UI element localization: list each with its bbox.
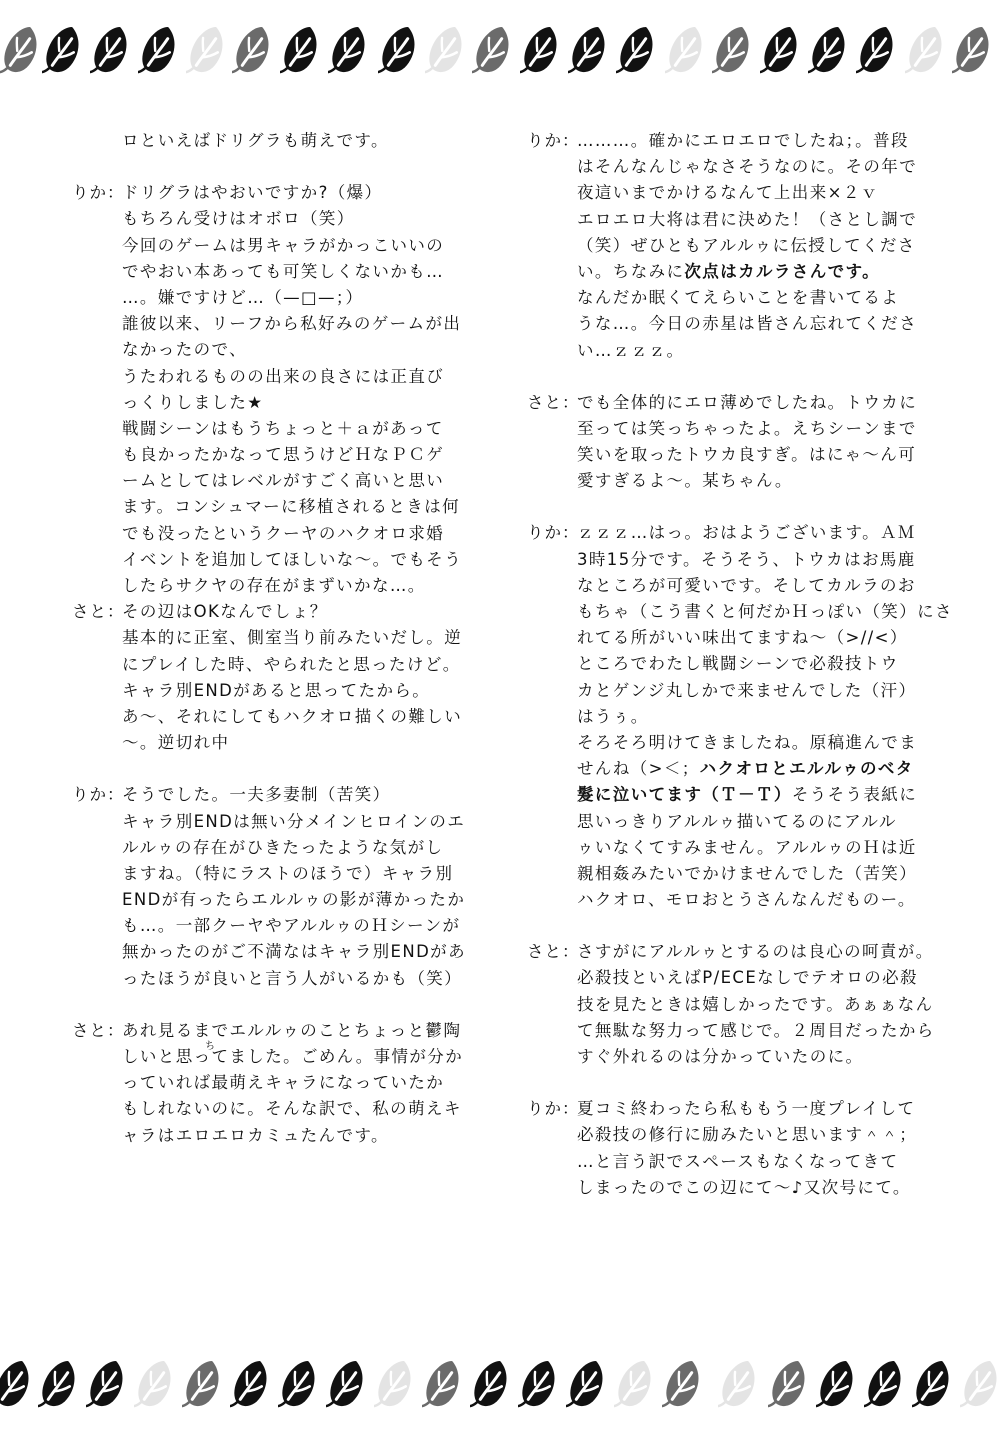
leaf-icon [134, 1356, 174, 1416]
leaf-icon [138, 22, 178, 82]
line-text: も…。一部クーヤやアルルゥのＨシーンが [122, 916, 460, 935]
dialogue-line: そうでした。一夫多妻制（苦笑） [72, 782, 472, 808]
dialogue-line: 基本的に正室、側室当り前みたいだし。逆 [72, 625, 472, 651]
leaf-icon [280, 22, 320, 82]
dialogue-line: れてる所がいい味出てますね～（>//<） [527, 625, 927, 651]
line-text: はうぅ。 [577, 707, 649, 726]
line-text: っていれば最萌えキャラになっていたか [122, 1073, 444, 1092]
line-text: 今回のゲームは男キャラがかっこいいの [122, 236, 444, 255]
leaf-icon [278, 1356, 318, 1416]
block-spacer [527, 913, 927, 939]
dialogue-line: 誰彼以来、リーフから私好みのゲームが出 [72, 311, 472, 337]
line-text: い…ｚｚｚ。 [577, 341, 684, 360]
dialogue-line: 愛すぎるよ～。某ちゃん。 [527, 468, 927, 494]
line-text: イベントを追加してほしいな～。でもそう [122, 550, 462, 569]
line-text: でも全体的にエロ薄めでしたね。トウカに [577, 393, 917, 412]
dialogue-line: なんだか眠くてえらいことを書いてるよ [527, 285, 927, 311]
dialogue-line: ｚｚｚ…はっ。おはようございます。ＡＭ [527, 520, 927, 546]
line-text: 愛すぎるよ～。某ちゃん。 [577, 471, 793, 490]
dialogue-line: でやおい本あっても可笑しくないかも… [72, 259, 472, 285]
dialogue-line: もしれないのに。そんな訳で、私の萌えキ [72, 1096, 472, 1122]
dialogue-line: 無かったのがご不満なはキャラ別ENDがあ [72, 939, 472, 965]
dialogue-line: い…ｚｚｚ。 [527, 338, 927, 364]
dialogue-line: なところが可愛いです。そしてカルラのお [527, 573, 927, 599]
leaf-icon [816, 1356, 856, 1416]
dialogue-line: でも没ったというクーヤのハクオロ求婚 [72, 521, 472, 547]
dialogue-line: 技を見たときは嬉しかったです。あぁぁなん [527, 992, 927, 1018]
leaf-icon [808, 22, 848, 82]
dialogue-block: りか：………。確かにエロエロでしたね；。普段はそんなんじゃなさそうなのに。その年… [527, 128, 927, 364]
line-text: あ～、それにしてもハクオロ描くの難しい [122, 707, 462, 726]
line-text: もちろん受けはオボロ（笑） [122, 209, 355, 228]
line-text: 笑いを取ったトウカ良すぎ。はにゃ～ん可 [577, 445, 916, 464]
line-text: なところが可愛いです。そしてカルラのお [577, 576, 916, 595]
line-text-after: そうそう表紙に [792, 785, 917, 804]
line-text: うな…。今日の赤星は皆さん忘れてくださ [577, 314, 917, 333]
block-spacer [527, 1070, 927, 1096]
leaf-icon [378, 22, 418, 82]
line-text: 夏コミ終わったら私ももう一度プレイして [577, 1099, 915, 1118]
line-text: そうでした。一夫多妻制（苦笑） [122, 785, 391, 804]
leaf-icon [864, 1356, 904, 1416]
leaf-icon [768, 1356, 808, 1416]
line-text: カとゲンジ丸しかで来ませんでした（汗） [577, 681, 916, 700]
leaf-icon [42, 22, 82, 82]
dialogue-line: カとゲンジ丸しかで来ませんでした（汗） [527, 678, 927, 704]
dialogue-line: ームとしてはレベルがすごく高いと思い [72, 468, 472, 494]
dialogue-line: ドリグラはやおいですか?（爆） [72, 180, 472, 206]
leaf-icon [952, 22, 992, 82]
line-text: もしれないのに。そんな訳で、私の萌えキ [122, 1099, 462, 1118]
leaf-icon [718, 1356, 758, 1416]
line-text: 必殺技の修行に励みたいと思います＾＾； [577, 1125, 917, 1144]
leaf-icon [662, 1356, 702, 1416]
line-text: なかったので、 [122, 340, 247, 359]
line-text: すぐ外れるのは分かっていたのに。 [577, 1047, 863, 1066]
dialogue-line: い。ちなみに次点はカルラさんです。 [527, 259, 927, 285]
dialogue-block: りか：ドリグラはやおいですか?（爆）もちろん受けはオボロ（笑）今回のゲームは男キ… [72, 180, 472, 599]
dialogue-line: ます。コンシュマーに移植されるときは何 [72, 494, 472, 520]
leaf-icon [230, 1356, 270, 1416]
line-text: 技を見たときは嬉しかったです。あぁぁなん [577, 995, 934, 1014]
line-text: もちゃ（こう書くと何だかＨっぽい（笑）にさ [577, 602, 953, 621]
dialogue-line: キャラ別ENDがあると思ってたから。 [72, 678, 472, 704]
line-text: ………。確かにエロエロでしたね；。普段 [577, 131, 909, 150]
line-text: て無駄な努力って感じで。２周目だったから [577, 1021, 935, 1040]
dialogue-line: ～。逆切れ中 [72, 730, 472, 756]
line-text: ロといえばドリグラも萌えです。 [122, 131, 389, 150]
leaf-icon [616, 22, 656, 82]
line-text: そろそろ明けてきましたね。原稿進んでま [577, 733, 917, 752]
line-text: ームとしてはレベルがすごく高いと思い [122, 471, 444, 490]
line-text: ハクオロ、モロおとうさんなんだものー。 [577, 890, 916, 909]
dialogue-line: しいと思ってました。ごめん。事情が分か [72, 1044, 472, 1070]
leaf-icon [905, 22, 945, 82]
dialogue-line: も…。一部クーヤやアルルゥのＨシーンが [72, 913, 472, 939]
leaf-icon [912, 1356, 952, 1416]
line-text: うたわれるものの出来の良さには正直び [122, 367, 444, 386]
dialogue-line: て無駄な努力って感じで。２周目だったから [527, 1018, 927, 1044]
dialogue-line: 笑いを取ったトウカ良すぎ。はにゃ～ん可 [527, 442, 927, 468]
dialogue-line: 必殺技といえばP/ECEなしでテオロの必殺 [527, 965, 927, 991]
line-text: しいと思ってました。ごめん。事情が分か [122, 1047, 463, 1066]
dialogue-line: イベントを追加してほしいな～。でもそう [72, 547, 472, 573]
dialogue-line: 親相姦みたいでかけませんでした（苦笑） [527, 861, 927, 887]
line-text: れてる所がいい味出てますね～（>//<） [577, 628, 908, 647]
dialogue-block: さと：あれ見るまでエルルゥのことちょっと鬱陶しいと思ってました。ごめん。事情が分… [72, 1018, 472, 1149]
block-spacer [72, 756, 472, 782]
dialogue-line: 夜這いまでかけるなんて上出来×２ｖ [527, 180, 927, 206]
dialogue-line: （笑）ぜひともアルルゥに伝授してくださ [527, 233, 927, 259]
dialogue-block: りか：そうでした。一夫多妻制（苦笑）キャラ別ENDは無い分メインヒロインのエルル… [72, 782, 472, 992]
dialogue-line: っくりしました★ [72, 390, 472, 416]
dialogue-line: でも全体的にエロ薄めでしたね。トウカに [527, 390, 927, 416]
line-text: （笑）ぜひともアルルゥに伝授してくださ [577, 236, 916, 255]
dialogue-line: すぐ外れるのは分かっていたのに。 [527, 1044, 927, 1070]
leaf-icon [712, 22, 752, 82]
dialogue-line: したらサクヤの存在がまずいかな…。 [72, 573, 472, 599]
leaf-icon [90, 22, 130, 82]
dialogue-line: ゥいなくてすみません。アルルゥのＨは近 [527, 835, 927, 861]
line-text: ENDが有ったらエルルゥの影が薄かったか [122, 890, 465, 909]
line-text: にプレイした時、やられたと思ったけど。 [122, 655, 461, 674]
line-text: 必殺技といえばP/ECEなしでテオロの必殺 [577, 968, 918, 987]
dialogue-line: ロといえばドリグラも萌えです。 [72, 128, 472, 154]
leaf-icon [614, 1356, 654, 1416]
line-text: しまったのでこの辺にて～♪又次号にて。 [577, 1178, 911, 1197]
dialogue-line: っていれば最萌えキャラになっていたか [72, 1070, 472, 1096]
dialogue-line: さすがにアルルゥとするのは良心の呵責が。 [527, 939, 927, 965]
dialogue-line: エロエロ大将は君に決めた！（さとし調で [527, 207, 927, 233]
dialogue-line: キャラ別ENDは無い分メインヒロインのエ [72, 809, 472, 835]
dialogue-line: 髮に泣いてます（Ｔ－Ｔ）そうそう表紙に [527, 782, 927, 808]
dialogue-line: ENDが有ったらエルルゥの影が薄かったか [72, 887, 472, 913]
leaf-icon [0, 1356, 32, 1416]
leaf-icon [422, 1356, 462, 1416]
block-spacer [72, 992, 472, 1018]
leaf-icon [518, 1356, 558, 1416]
line-text: 3時15分です。そうそう、トウカはお馬鹿 [577, 550, 916, 569]
line-text: でやおい本あっても可笑しくないかも… [122, 262, 444, 281]
line-text: ャラはエロエロカミュたんです。 [122, 1126, 389, 1145]
line-text: でも没ったというクーヤのハクオロ求婚 [122, 524, 444, 543]
dialogue-block: さと：その辺はOKなんでしょ？基本的に正室、側室当り前みたいだし。逆にプレイした… [72, 599, 472, 756]
dialogue-line: 夏コミ終わったら私ももう一度プレイして [527, 1096, 927, 1122]
dialogue-line: せんね（>＜；ハクオロとエルルゥのベタ [527, 756, 927, 782]
leaf-icon [568, 22, 608, 82]
leaf-icon [520, 22, 560, 82]
leaf-icon [665, 22, 705, 82]
dialogue-line: ………。確かにエロエロでしたね；。普段 [527, 128, 927, 154]
line-text: …と言う訳でスペースもなくなってきて [577, 1152, 898, 1171]
left-column: ロといえばドリグラも萌えです。りか：ドリグラはやおいですか?（爆）もちろん受けは… [72, 128, 472, 1149]
leaf-icon [0, 22, 40, 82]
dialogue-line: なかったので、 [72, 337, 472, 363]
dialogue-line: しまったのでこの辺にて～♪又次号にて。 [527, 1175, 927, 1201]
line-text: 親相姦みたいでかけませんでした（苦笑） [577, 864, 917, 883]
dialogue-line: 至っては笑っちゃったよ。えちシーンまで [527, 416, 927, 442]
dialogue-line: そろそろ明けてきましたね。原稿進んでま [527, 730, 927, 756]
line-text: 思いっきりアルルゥ描いてるのにアルル [577, 812, 897, 831]
dialogue-block: りか：ｚｚｚ…はっ。おはようございます。ＡＭ3時15分です。そうそう、トウカはお… [527, 520, 927, 913]
leaf-icon [760, 22, 800, 82]
leaf-icon [856, 22, 896, 82]
leaf-icon [232, 22, 272, 82]
dialogue-block: ロといえばドリグラも萌えです。 [72, 128, 472, 154]
line-text: ルルゥの存在がひきたったような気がし [122, 838, 443, 857]
line-text: っくりしました★ [122, 393, 264, 412]
line-text: その辺はOKなんでしょ？ [122, 602, 328, 621]
line-text: ～。逆切れ中 [122, 733, 229, 752]
leaf-icon [472, 22, 512, 82]
dialogue-line: 思いっきりアルルゥ描いてるのにアルル [527, 809, 927, 835]
dialogue-block: さと：さすがにアルルゥとするのは良心の呵責が。必殺技といえばP/ECEなしでテオ… [527, 939, 927, 1070]
dialogue-line: ところでわたし戦闘シーンで必殺技トウ [527, 651, 927, 677]
leaf-icon [425, 22, 465, 82]
leaf-icon [186, 22, 226, 82]
line-text: ますね。（特にラストのほうで）キャラ別 [122, 864, 453, 883]
dialogue-line: はうぅ。 [527, 704, 927, 730]
dialogue-block: さと：でも全体的にエロ薄めでしたね。トウカに至っては笑っちゃったよ。えちシーンま… [527, 390, 927, 495]
dialogue-line: ますね。（特にラストのほうで）キャラ別 [72, 861, 472, 887]
line-text: なんだか眠くてえらいことを書いてるよ [577, 288, 899, 307]
dialogue-line: もちゃ（こう書くと何だかＨっぽい（笑）にさ [527, 599, 927, 625]
leaf-icon [566, 1356, 606, 1416]
leaf-icon [86, 1356, 126, 1416]
line-text: せんね（>＜； [577, 759, 700, 778]
line-text: も良かったかなって思うけどＨなＰＣゲ [122, 445, 444, 464]
line-text: はそんなんじゃなさそうなのに。その年で [577, 157, 917, 176]
line-text: キャラ別ENDがあると思ってたから。 [122, 681, 430, 700]
line-text: ドリグラはやおいですか?（爆） [122, 183, 382, 202]
right-column: りか：………。確かにエロエロでしたね；。普段はそんなんじゃなさそうなのに。その年… [527, 128, 927, 1201]
leaf-icon [328, 22, 368, 82]
dialogue-block: りか：夏コミ終わったら私ももう一度プレイして必殺技の修行に励みたいと思います＾＾… [527, 1096, 927, 1201]
emphasis-text: 次点はカルラさんです。 [684, 262, 880, 281]
dialogue-line: うな…。今日の赤星は皆さん忘れてくださ [527, 311, 927, 337]
line-text: い。ちなみに [577, 262, 684, 281]
line-text: したらサクヤの存在がまずいかな…。 [122, 576, 426, 595]
dialogue-line: 今回のゲームは男キャラがかっこいいの [72, 233, 472, 259]
block-spacer [527, 494, 927, 520]
dialogue-line: その辺はOKなんでしょ？ [72, 599, 472, 625]
line-text: …。嫌ですけど…（—□—；） [122, 288, 363, 307]
dialogue-line: ルルゥの存在がひきたったような気がし [72, 835, 472, 861]
leaf-border-bottom [0, 1356, 1000, 1436]
leaf-icon [470, 1356, 510, 1416]
leaf-border-top [0, 22, 1000, 102]
line-text: 戦闘シーンはもうちょっと＋ａがあって [122, 419, 444, 438]
line-text: エロエロ大将は君に決めた！（さとし調で [577, 210, 917, 229]
leaf-icon [326, 1356, 366, 1416]
dialogue-line: 必殺技の修行に励みたいと思います＾＾； [527, 1122, 927, 1148]
line-text: ゥいなくてすみません。アルルゥのＨは近 [577, 838, 917, 857]
block-spacer [527, 364, 927, 390]
emphasis-text: ハクオロとエルルゥのベタ [700, 759, 914, 778]
line-text: 誰彼以来、リーフから私好みのゲームが出 [122, 314, 461, 333]
dialogue-line: はそんなんじゃなさそうなのに。その年で [527, 154, 927, 180]
line-text: あれ見るまでエルルゥのことちょっと鬱陶 [122, 1021, 461, 1040]
dialogue-line: ャラはエロエロカミュたんです。 [72, 1123, 472, 1149]
dialogue-line: にプレイした時、やられたと思ったけど。 [72, 652, 472, 678]
dialogue-line: ハクオロ、モロおとうさんなんだものー。 [527, 887, 927, 913]
line-text: さすがにアルルゥとするのは良心の呵責が。 [577, 942, 934, 961]
line-text: 至っては笑っちゃったよ。えちシーンまで [577, 419, 917, 438]
dialogue-line: ったほうが良いと言う人がいるかも（笑） [72, 966, 472, 992]
dialogue-line: もちろん受けはオボロ（笑） [72, 206, 472, 232]
dialogue-line: 3時15分です。そうそう、トウカはお馬鹿 [527, 547, 927, 573]
dialogue-line: うたわれるものの出来の良さには正直び [72, 364, 472, 390]
block-spacer [72, 154, 472, 180]
line-text: ったほうが良いと言う人がいるかも（笑） [122, 969, 462, 988]
line-text: 基本的に正室、側室当り前みたいだし。逆 [122, 628, 462, 647]
dialogue-line: あれ見るまでエルルゥのことちょっと鬱陶 [72, 1018, 472, 1044]
leaf-icon [38, 1356, 78, 1416]
dialogue-line: …。嫌ですけど…（—□—；） [72, 285, 472, 311]
line-text: ます。コンシュマーに移植されるときは何 [122, 497, 460, 516]
line-text: ところでわたし戦闘シーンで必殺技トウ [577, 654, 899, 673]
leaf-icon [182, 1356, 222, 1416]
line-text: キャラ別ENDは無い分メインヒロインのエ [122, 812, 465, 831]
dialogue-line: 戦闘シーンはもうちょっと＋ａがあって [72, 416, 472, 442]
handwritten-mark: ち [205, 1037, 215, 1052]
leaf-icon [960, 1356, 1000, 1416]
dialogue-line: も良かったかなって思うけどＨなＰＣゲ [72, 442, 472, 468]
dialogue-line: あ～、それにしてもハクオロ描くの難しい [72, 704, 472, 730]
leaf-icon [374, 1356, 414, 1416]
line-text: 無かったのがご不満なはキャラ別ENDがあ [122, 942, 466, 961]
line-text: 夜這いまでかけるなんて上出来×２ｖ [577, 183, 879, 202]
line-text: ｚｚｚ…はっ。おはようございます。ＡＭ [577, 523, 916, 542]
emphasis-text: 髮に泣いてます（Ｔ－Ｔ） [577, 785, 792, 804]
dialogue-line: …と言う訳でスペースもなくなってきて [527, 1149, 927, 1175]
